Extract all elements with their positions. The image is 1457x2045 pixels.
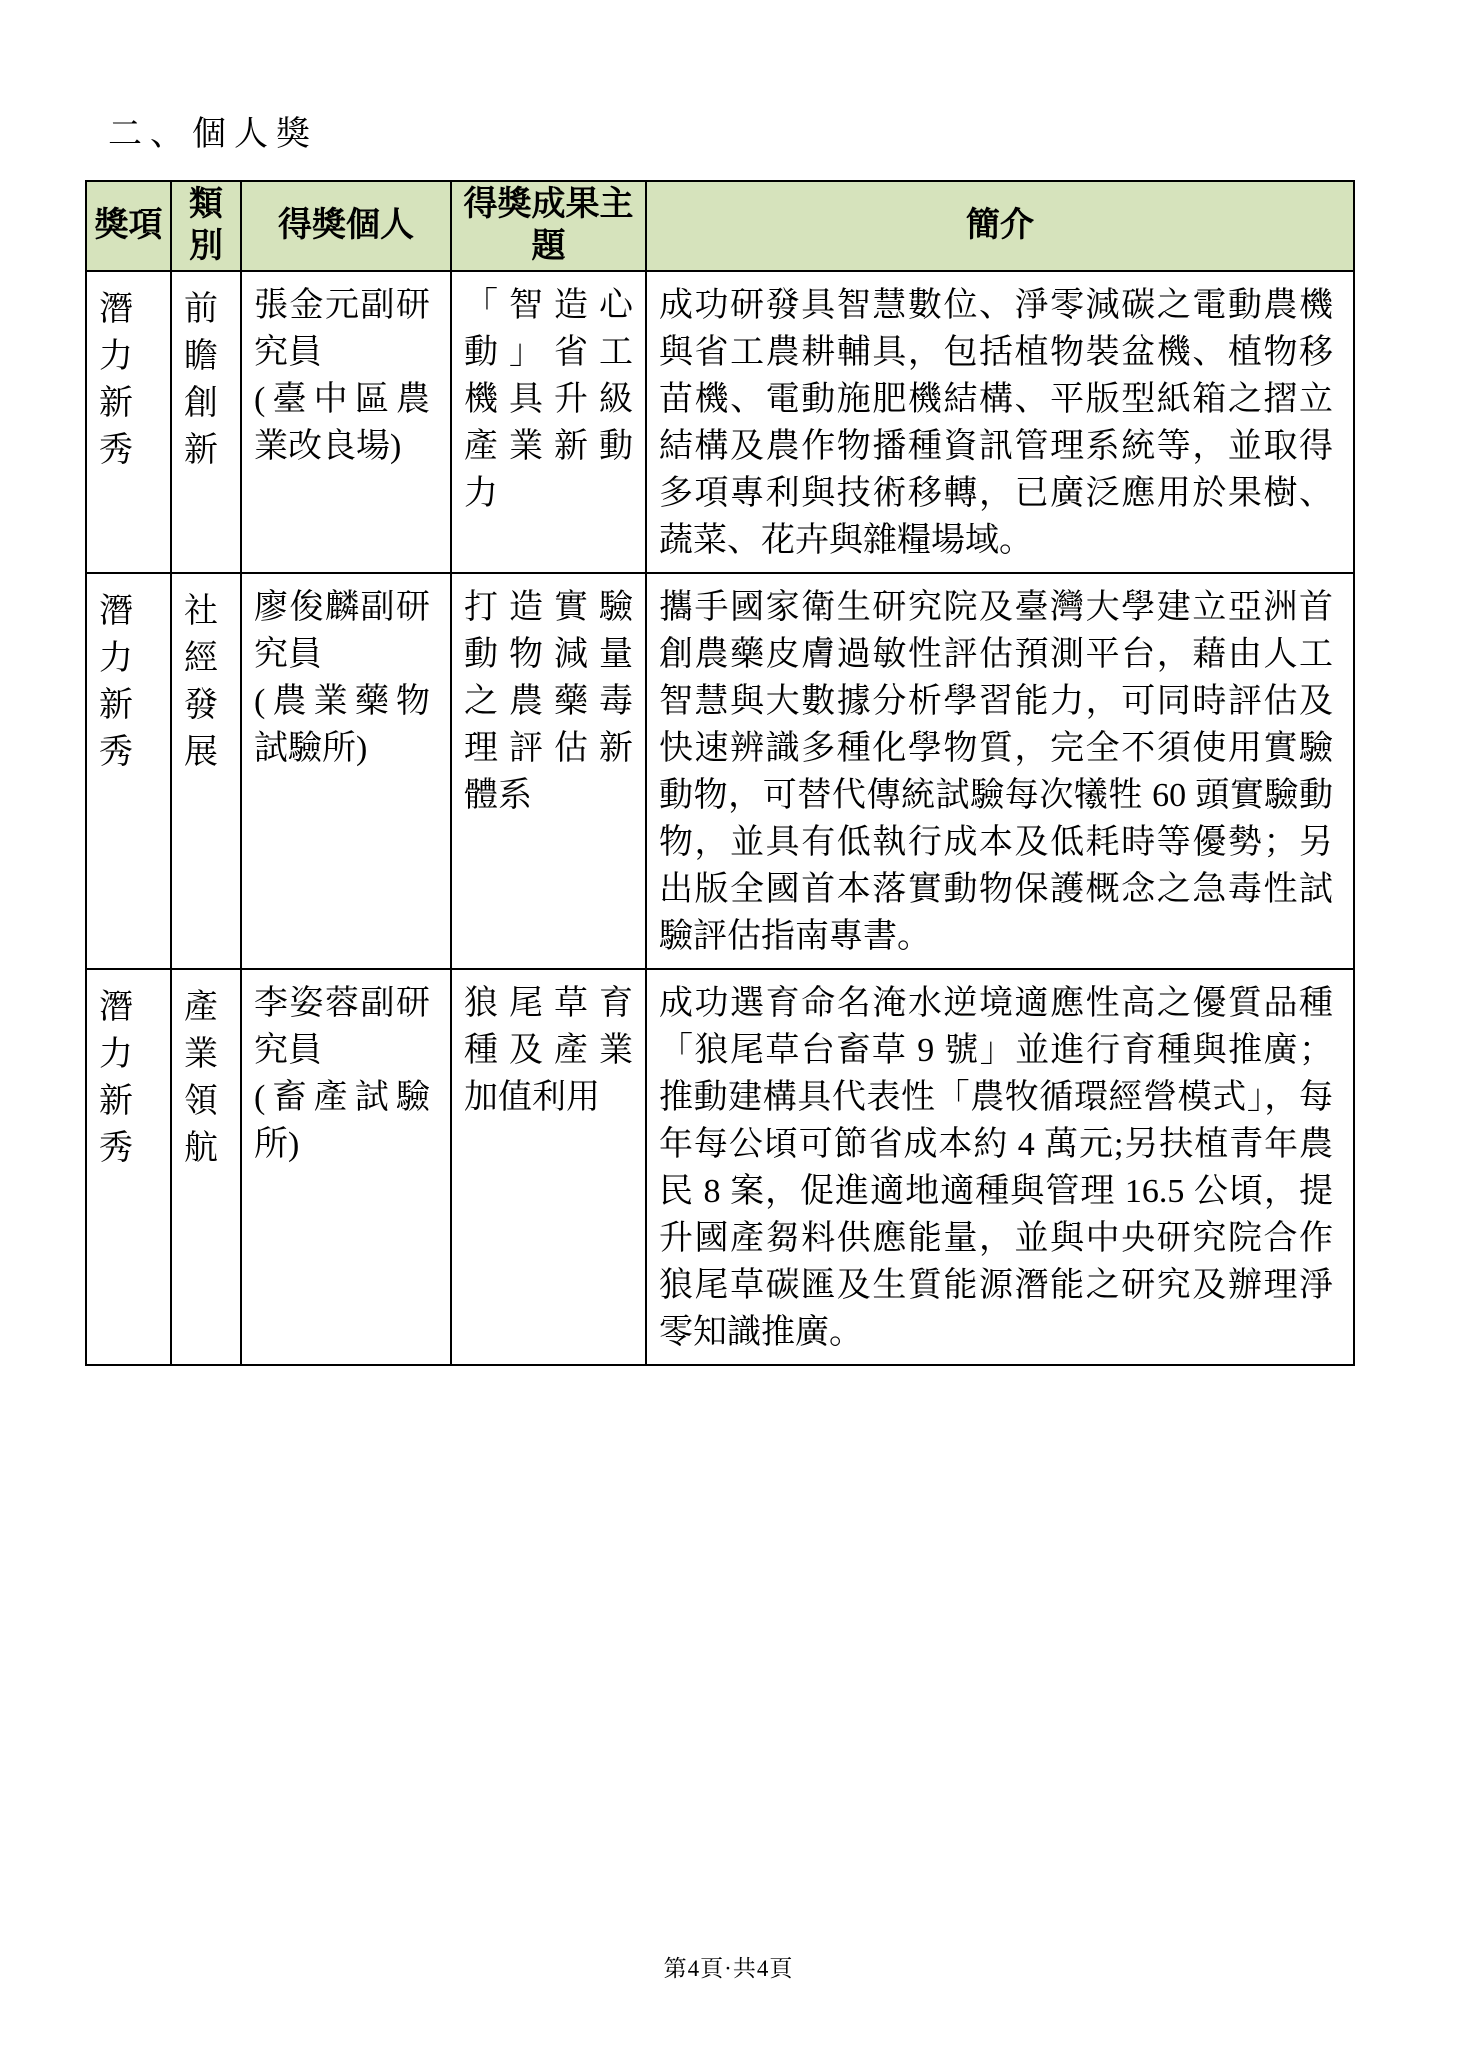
winner-cell: 張金元副研究員 (臺中區農業改良場) [241, 271, 451, 573]
header-summary: 簡介 [646, 181, 1354, 271]
winner-cell: 李姿蓉副研究員 (畜產試驗所) [241, 969, 451, 1365]
theme-cell: 狼尾草育種及產業加值利用 [451, 969, 646, 1365]
header-award: 獎項 [86, 181, 171, 271]
awards-table: 獎項 類別 得獎個人 得獎成果主題 簡介 潛力新秀 前瞻創新 張金元副研究員 (… [85, 180, 1355, 1366]
winner-name: 張金元副研究員 [254, 282, 430, 376]
section-heading: 二、個人獎 [108, 106, 318, 155]
theme-cell: 「智造心動」省工機具升級產業新動力 [451, 271, 646, 573]
winner-name: 李姿蓉副研究員 [254, 980, 430, 1074]
category-cell: 社經發展 [171, 573, 241, 969]
summary-cell: 成功研發具智慧數位、淨零減碳之電動農機與省工農耕輔具，包括植物裝盆機、植物移苗機… [646, 271, 1354, 573]
summary-cell: 成功選育命名淹水逆境適應性高之優質品種「狼尾草台畜草 9 號」並進行育種與推廣；… [646, 969, 1354, 1365]
document-page: 二、個人獎 獎項 類別 得獎個人 得獎成果主題 簡介 潛力新秀 前瞻創新 張金元… [0, 0, 1457, 2045]
award-cell: 潛力新秀 [86, 969, 171, 1365]
header-winner: 得獎個人 [241, 181, 451, 271]
category-cell: 產業領航 [171, 969, 241, 1365]
table-header-row: 獎項 類別 得獎個人 得獎成果主題 簡介 [86, 181, 1354, 271]
winner-org: (畜產試驗所) [254, 1074, 430, 1168]
header-theme: 得獎成果主題 [451, 181, 646, 271]
page-number-footer: 第4頁·共4頁 [0, 1950, 1457, 1983]
summary-cell: 攜手國家衛生研究院及臺灣大學建立亞洲首創農藥皮膚過敏性評估預測平台，藉由人工智慧… [646, 573, 1354, 969]
winner-org: (農業藥物試驗所) [254, 678, 430, 772]
table-row: 潛力新秀 前瞻創新 張金元副研究員 (臺中區農業改良場) 「智造心動」省工機具升… [86, 271, 1354, 573]
award-cell: 潛力新秀 [86, 271, 171, 573]
winner-cell: 廖俊麟副研究員 (農業藥物試驗所) [241, 573, 451, 969]
winner-name: 廖俊麟副研究員 [254, 584, 430, 678]
theme-cell: 打造實驗動物減量之農藥毒理評估新體系 [451, 573, 646, 969]
category-cell: 前瞻創新 [171, 271, 241, 573]
award-cell: 潛力新秀 [86, 573, 171, 969]
table-row: 潛力新秀 產業領航 李姿蓉副研究員 (畜產試驗所) 狼尾草育種及產業加值利用 成… [86, 969, 1354, 1365]
header-category: 類別 [171, 181, 241, 271]
table-row: 潛力新秀 社經發展 廖俊麟副研究員 (農業藥物試驗所) 打造實驗動物減量之農藥毒… [86, 573, 1354, 969]
winner-org: (臺中區農業改良場) [254, 376, 430, 470]
